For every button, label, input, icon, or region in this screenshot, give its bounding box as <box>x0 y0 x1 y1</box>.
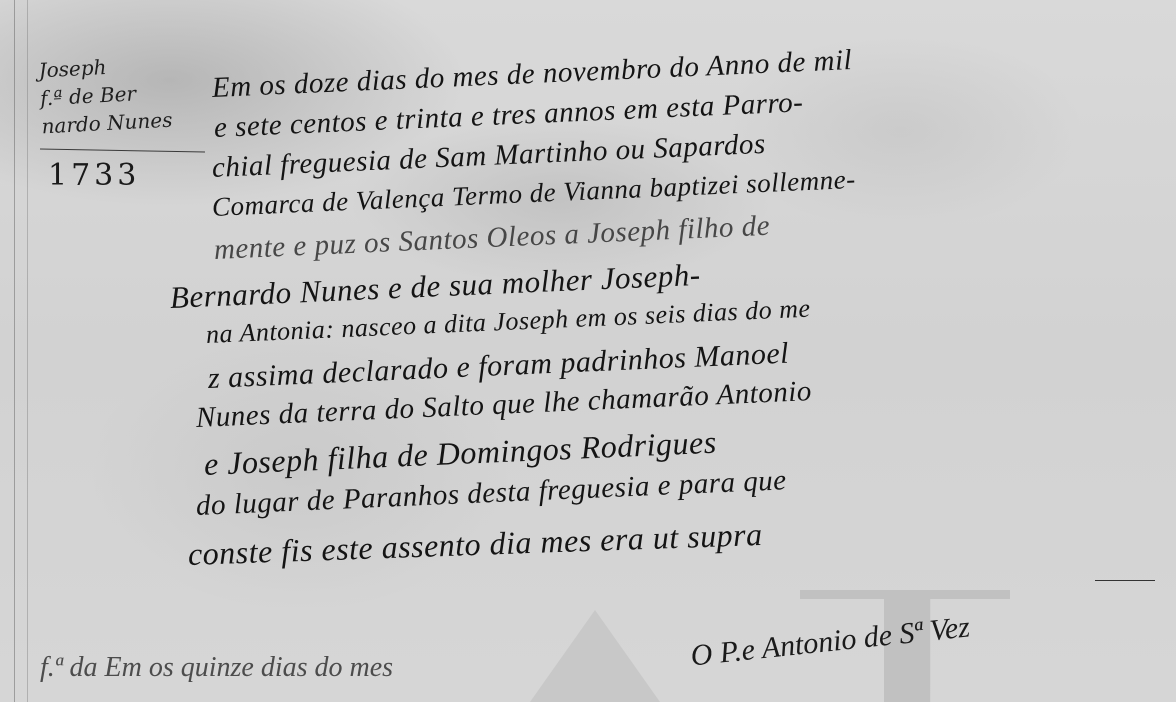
closing-flourish <box>1095 580 1155 581</box>
archive-watermark-left <box>530 610 660 702</box>
margin-rule <box>40 149 205 153</box>
next-entry-fragment: f.ª da Em os quinze dias do mes <box>40 652 393 684</box>
page-fold-edge <box>14 0 28 702</box>
manuscript-page: Joseph f.ª de Ber nardo Nunes 1733 Em os… <box>0 0 1176 702</box>
record-line: conste fis este assento dia mes era ut s… <box>187 516 763 573</box>
margin-note: Joseph f.ª de Ber nardo Nunes <box>38 48 212 141</box>
margin-year: 1733 <box>48 158 140 193</box>
